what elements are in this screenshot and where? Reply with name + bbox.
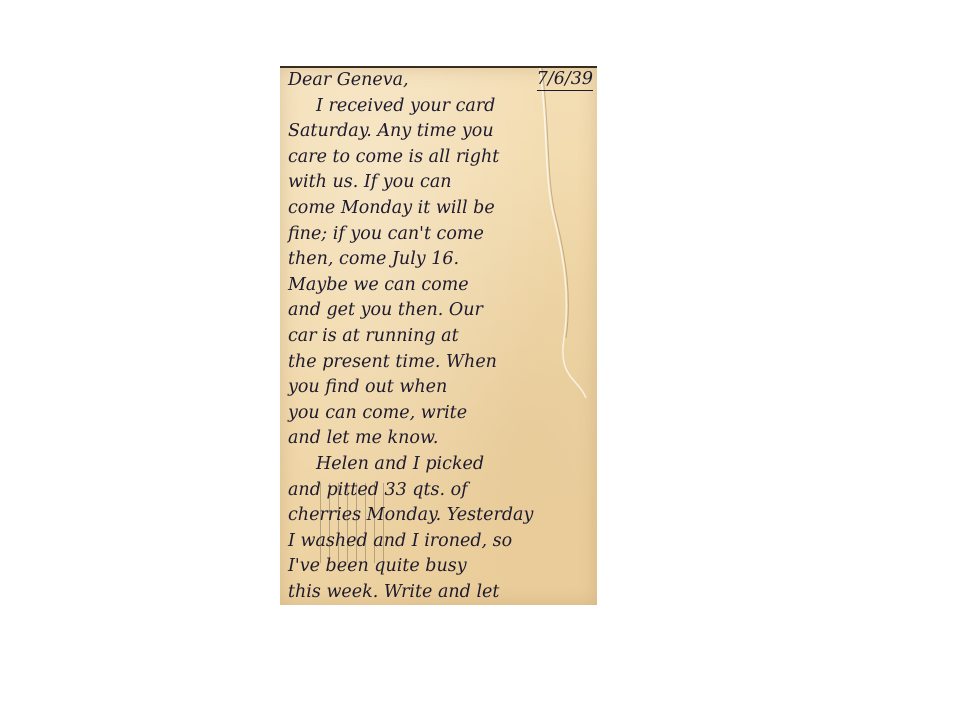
letter-line: Maybe we can come — [288, 273, 593, 299]
letter-line: you find out when — [288, 375, 593, 401]
letter-line: and let me know. — [288, 426, 593, 452]
letter-line: and pitted 33 qts. of — [288, 478, 593, 504]
letter-line: you can come, write — [288, 401, 593, 427]
letter-line: fine; if you can't come — [288, 222, 593, 248]
letter-date: 7/6/39 — [537, 68, 593, 91]
letter-line: then, come July 16. — [288, 247, 593, 273]
letter-line: I washed and I ironed, so — [288, 529, 593, 555]
letter-line: I received your card — [288, 94, 593, 120]
letter-line: I've been quite busy — [288, 554, 593, 580]
letter-line: care to come is all right — [288, 145, 593, 171]
letter-line: Helen and I picked — [288, 452, 593, 478]
letter-line: the present time. When — [288, 350, 593, 376]
letter-line: cherries Monday. Yesterday — [288, 503, 593, 529]
letter-line: this week. Write and let — [288, 580, 593, 605]
letter-line: with us. If you can — [288, 170, 593, 196]
letter-line: come Monday it will be — [288, 196, 593, 222]
letter-line: car is at running at — [288, 324, 593, 350]
salutation: Dear Geneva, — [288, 70, 409, 90]
handwritten-letter: Dear Geneva, 7/6/39 I received your card… — [288, 68, 593, 605]
postcard: Dear Geneva, 7/6/39 I received your card… — [280, 66, 597, 605]
salutation-row: Dear Geneva, 7/6/39 — [288, 68, 593, 94]
letter-line: Saturday. Any time you — [288, 119, 593, 145]
letter-line: and get you then. Our — [288, 298, 593, 324]
